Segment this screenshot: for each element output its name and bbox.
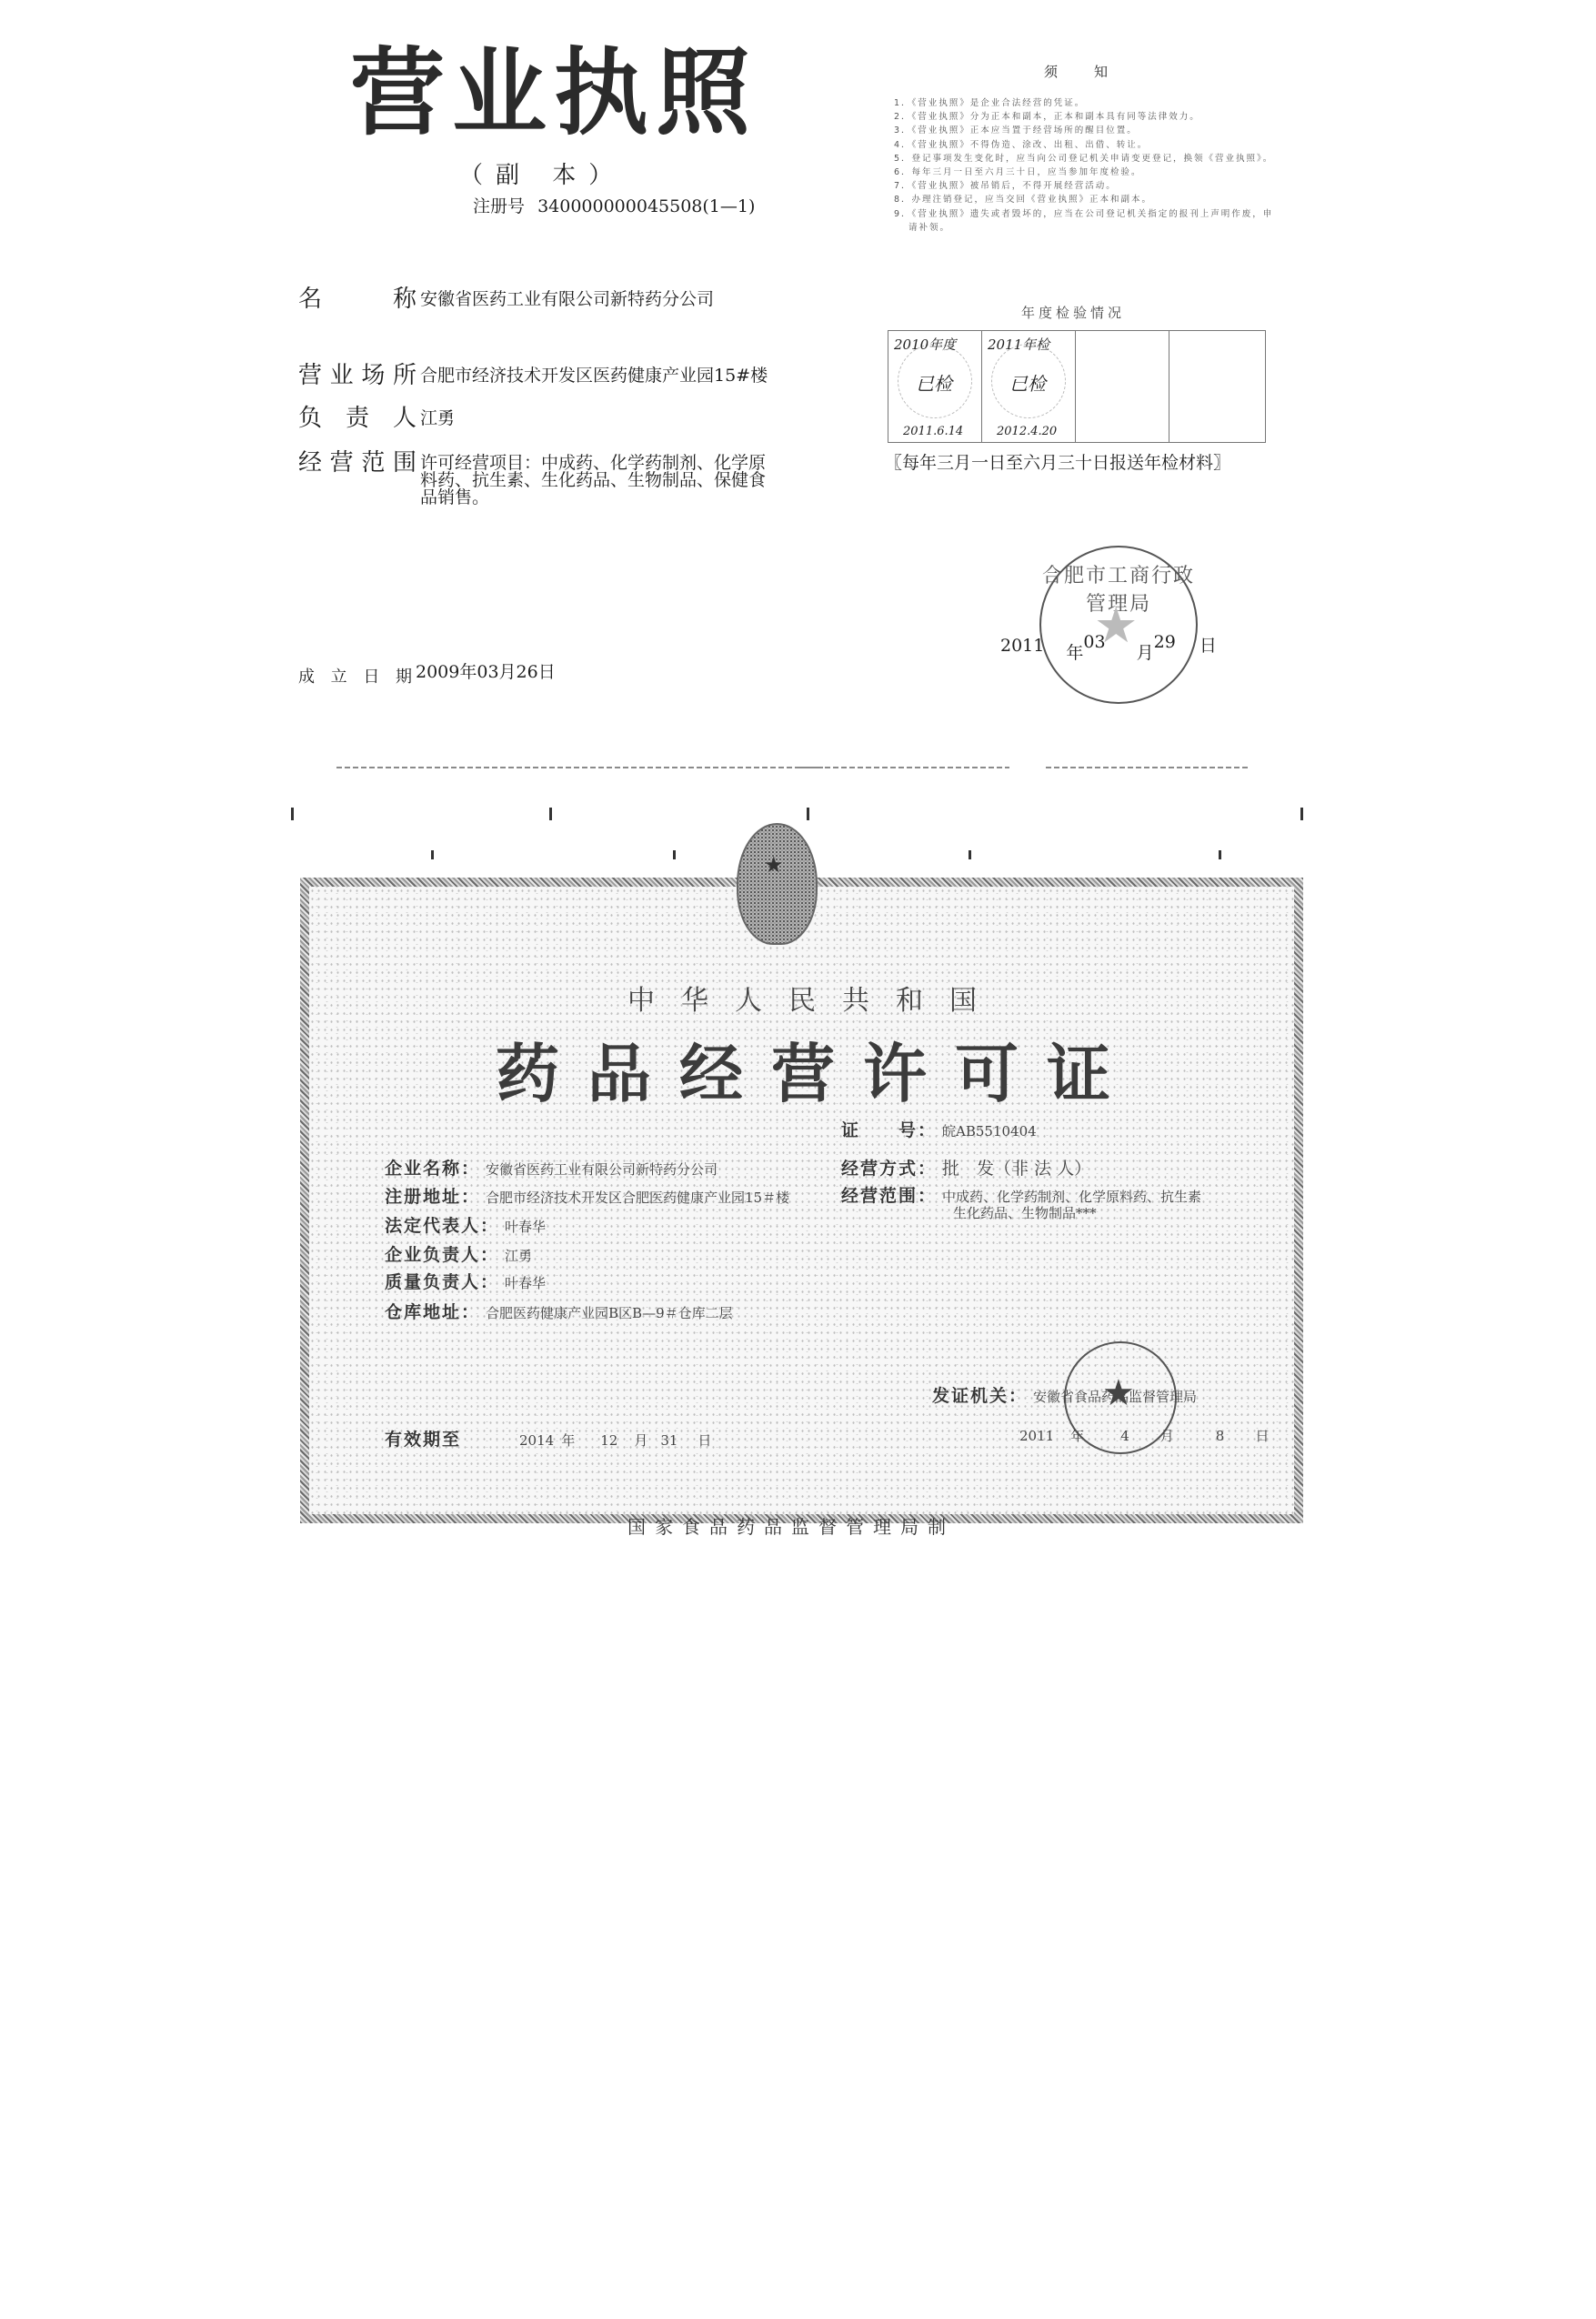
registration-label: 注册号 — [473, 196, 525, 216]
official-seal-icon: 合肥市工商行政管理局 ★ — [1039, 546, 1198, 704]
business-mode: 经营方式： 批 发（非 法 人） — [841, 1155, 1091, 1180]
cert-number: 证 号： 皖AB5510404 — [841, 1117, 1037, 1141]
quality-head: 质量负责人： 叶春华 — [385, 1269, 546, 1293]
drug-business-scope: 经营范围： 中成药、化学药制剂、化学原料药、抗生素 生化药品、生物制品*** — [841, 1182, 1232, 1221]
inspection-cell — [1076, 331, 1169, 442]
field-label: 成 立 日 期 — [298, 664, 412, 691]
valid-until: 有效期至 2014 年 12 月 31 日 — [385, 1426, 711, 1451]
registration-number: 注册号 340000000045508(1—1) — [473, 193, 755, 217]
business-place: 合肥市经济技术开发区医药健康产业园15#楼 — [420, 362, 775, 385]
field-label: 名 称 — [298, 286, 417, 313]
notice-item: 2．《营业执照》分为正本和副本，正本和副本具有同等法律效力。 — [894, 110, 1276, 124]
divider — [336, 767, 823, 768]
field-person-in-charge: 负 责 人 江勇 — [298, 405, 775, 432]
inspection-cell: 2010年度 已检 2011.6.14 — [888, 331, 982, 442]
field-name: 名 称 安徽省医药工业有限公司新特药分公司 — [298, 286, 966, 313]
scan-mark — [673, 850, 676, 859]
notice-title: 须知 — [1044, 62, 1144, 81]
field-business-place: 营 业 场 所 合肥市经济技术开发区医药健康产业园15#楼 — [298, 362, 775, 389]
enterprise-name: 企业名称： 安徽省医药工业有限公司新特药分公司 — [385, 1155, 718, 1180]
star-icon: ★ — [764, 852, 784, 878]
inspection-cell — [1169, 331, 1265, 442]
scan-mark — [807, 808, 809, 820]
drug-license-title: 药品经营许可证 — [496, 1023, 1139, 1115]
notice-item: 7．《营业执照》被吊销后，不得开展经营活动。 — [894, 179, 1276, 193]
issue-date: 2011 年 4 月 8 日 — [1014, 1426, 1269, 1445]
field-established-date: 成 立 日 期 2009年03月26日 — [298, 664, 770, 691]
country-name: 中华人民共和国 — [627, 978, 1003, 1018]
annual-inspection-table: 2010年度 已检 2011.6.14 2011年检 已检 2012.4.20 — [888, 330, 1266, 443]
notice-item: 3．《营业执照》正本应当置于经营场所的醒目位置。 — [894, 124, 1276, 137]
scan-mark — [969, 850, 971, 859]
enterprise-head: 企业负责人： 江勇 — [385, 1241, 532, 1266]
national-emblem-icon: ★ — [737, 823, 818, 945]
divider — [1046, 767, 1250, 768]
scan-mark — [431, 850, 434, 859]
field-label: 负 责 人 — [298, 405, 417, 432]
field-business-scope: 经 营 范 围 许可经营项目：中成药、化学药制剂、化学原料药、抗生素、生化药品、… — [298, 449, 775, 507]
notice-item: 5．登记事项发生变化时，应当向公司登记机关申请变更登记，换领《营业执照》。 — [894, 152, 1276, 166]
issuing-authority: 发证机关： 安徽省食品药品监督管理局 — [932, 1382, 1197, 1407]
annual-inspection-note: 〖每年三月一日至六月三十日报送年检材料〗 — [885, 449, 1230, 474]
warehouse-address: 仓库地址： 合肥医药健康产业园B区B—9＃仓库二层 — [385, 1299, 733, 1323]
issuing-footer: 国家食品药品监督管理局制 — [627, 1512, 955, 1539]
notice-list: 1．《营业执照》是企业合法经营的凭证。 2．《营业执照》分为正本和副本，正本和副… — [894, 96, 1276, 235]
notice-item: 8．办理注销登记，应当交回《营业执照》正本和副本。 — [894, 193, 1276, 206]
annual-inspection-title: 年度检验情况 — [1021, 303, 1125, 322]
seal-date: 2011 年03 月29 日 — [1000, 632, 1217, 664]
business-license-title: 营业执照 — [350, 45, 758, 140]
notice-item: 1．《营业执照》是企业合法经营的凭证。 — [894, 96, 1276, 110]
inspection-cell: 2011年检 已检 2012.4.20 — [982, 331, 1076, 442]
divider — [800, 767, 1009, 768]
business-license-subtitle: （副 本） — [459, 156, 625, 190]
notice-item: 4．《营业执照》不得伪造、涂改、出租、出借、转让。 — [894, 138, 1276, 152]
registered-address: 注册地址： 合肥市经济技术开发区合肥医药健康产业园15＃楼 — [385, 1183, 789, 1208]
notice-item: 6．每年三月一日至六月三十日，应当参加年度检验。 — [894, 166, 1276, 179]
scan-mark — [549, 808, 552, 820]
scan-mark — [291, 808, 294, 820]
scan-mark — [1219, 850, 1221, 859]
scan-mark — [1300, 808, 1303, 820]
legal-representative: 法定代表人： 叶春华 — [385, 1212, 546, 1237]
field-label: 经 营 范 围 — [298, 449, 417, 477]
notice-item: 9．《营业执照》遗失或者毁坏的，应当在公司登记机关指定的报刊上声明作废，申请补领… — [894, 207, 1276, 235]
company-name: 安徽省医药工业有限公司新特药分公司 — [420, 286, 966, 308]
established-date: 2009年03月26日 — [416, 664, 770, 681]
field-label: 营 业 场 所 — [298, 362, 417, 389]
registration-value: 340000000045508(1—1) — [537, 196, 755, 216]
business-scope: 许可经营项目：中成药、化学药制剂、化学原料药、抗生素、生化药品、生物制品、保健食… — [420, 449, 775, 507]
person-in-charge: 江勇 — [420, 405, 775, 427]
